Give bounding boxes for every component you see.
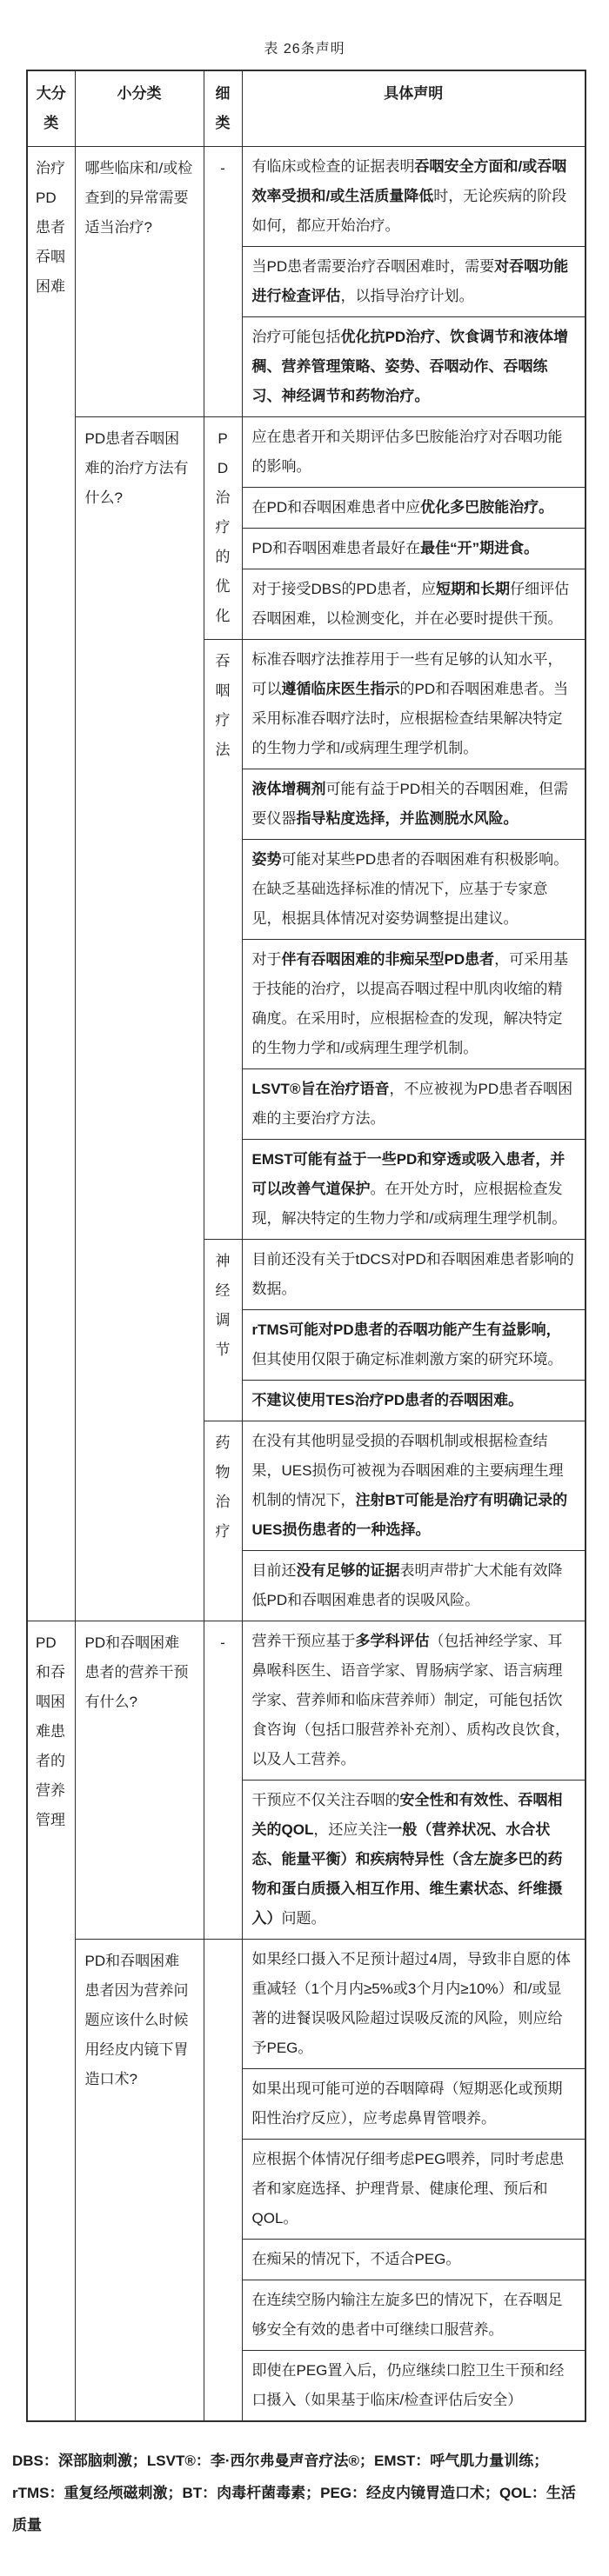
header-row: 大分类 小分类 细类 具体声明 bbox=[27, 70, 586, 147]
statement-segment: 但其使用仅限于确定标准刺激方案的研究环境。 bbox=[252, 1351, 563, 1368]
statement-cell: 当PD患者需要治疗吞咽困难时，需要对吞咽功能进行检查评估，以指导治疗计划。 bbox=[242, 247, 586, 317]
statement-segment: 营养干预应基于 bbox=[252, 1633, 356, 1649]
statement-segment: PD和吞咽困难患者最好在 bbox=[252, 540, 421, 556]
fine-category-cell: PD治疗的优化 bbox=[204, 417, 242, 640]
statement-cell: 对于伴有吞咽困难的非痴呆型PD患者，可采用基于技能的治疗，以提高吞咽过程中肌肉收… bbox=[242, 940, 586, 1069]
statement-segment: 在连续空肠内输注左旋多巴的情况下，在吞咽足够安全有效的患者中可继续口服营养。 bbox=[252, 2292, 563, 2338]
statements-tbody: 治疗PD患者吞咽困难哪些临床和/或检查到的异常需要适当治疗?-有临床或检查的证据… bbox=[27, 147, 586, 2422]
statement-segment: 即使在PEG置入后，仍应继续口腔卫生干预和经口摄入（如果基于临床/检查评估后安全… bbox=[252, 2362, 565, 2408]
sub-category-cell: PD患者吞咽困难的治疗方法有什么? bbox=[75, 417, 204, 1621]
statement-segment: 遵循临床医生指示 bbox=[282, 681, 400, 697]
fine-category-cell: 神经调节 bbox=[204, 1240, 242, 1421]
statement-cell: 如果经口摄入不足预计超过4周，导致非自愿的体重减轻（1个月内≥5%或3个月内≥1… bbox=[242, 1940, 586, 2069]
statement-cell: 应在患者开和关期评估多巴胺能治疗对吞咽功能的影响。 bbox=[242, 417, 586, 488]
fine-category-cell: - bbox=[204, 1621, 242, 1940]
statement-cell: 营养干预应基于多学科评估（包括神经学家、耳鼻喉科医生、语音学家、胃肠病学家、语言… bbox=[242, 1621, 586, 1781]
fine-category-cell: 药物治疗 bbox=[204, 1421, 242, 1621]
statement-segment: 对于接受DBS的PD患者，应 bbox=[252, 581, 437, 597]
statement-segment: 可能对某些PD患者的吞咽困难有积极影响。在缺乏基础选择标准的情况下，应基于专家意… bbox=[252, 851, 569, 927]
statement-segment: 液体增稠剂 bbox=[252, 781, 326, 797]
statement-segment: 对于 bbox=[252, 951, 282, 968]
table-row: PD和吞咽困难患者的营养管理PD和吞咽困难患者的营养干预有什么?-营养干预应基于… bbox=[27, 1621, 586, 1781]
statement-segment: 治疗可能包括 bbox=[252, 329, 341, 345]
table-row: PD患者吞咽困难的治疗方法有什么?PD治疗的优化应在患者开和关期评估多巴胺能治疗… bbox=[27, 417, 586, 488]
statement-segment: 在痴呆的情况下，不适合PEG。 bbox=[252, 2251, 461, 2267]
statement-segment: LSVT®旨在治疗语音 bbox=[252, 1081, 390, 1097]
statement-segment: 最佳“开”期进食。 bbox=[420, 540, 539, 556]
statement-segment: 指导粘度选择，并监测脱水风险。 bbox=[297, 810, 519, 827]
major-category-cell: 治疗PD患者吞咽困难 bbox=[27, 147, 75, 1621]
statement-segment: 多学科评估 bbox=[356, 1633, 430, 1649]
statement-segment: 当PD患者需要治疗吞咽困难时，需要 bbox=[252, 258, 495, 275]
statement-segment: 在PD和吞咽困难患者中应 bbox=[252, 499, 421, 516]
statement-cell: EMST可能有益于一些PD和穿透或吸入患者，并可以改善气道保护。在开处方时，应根… bbox=[242, 1140, 586, 1240]
statements-table: 大分类 小分类 细类 具体声明 治疗PD患者吞咽困难哪些临床和/或检查到的异常需… bbox=[26, 70, 586, 2422]
column-header-sub-category: 小分类 bbox=[75, 70, 204, 147]
statement-segment: 没有足够的证据 bbox=[297, 1562, 400, 1579]
statement-cell: rTMS可能对PD患者的吞咽功能产生有益影响，但其使用仅限于确定标准刺激方案的研… bbox=[242, 1310, 586, 1381]
statement-segment: 目前还 bbox=[252, 1562, 297, 1579]
statement-cell: LSVT®旨在治疗语音，不应被视为PD患者吞咽困难的主要治疗方法。 bbox=[242, 1069, 586, 1140]
statement-cell: 治疗可能包括优化抗PD治疗、饮食调节和液体增稠、营养管理策略、姿势、吞咽动作、吞… bbox=[242, 317, 586, 417]
statement-segment: 问题。 bbox=[282, 1910, 326, 1927]
statement-cell: 目前还没有足够的证据表明声带扩大术能有效降低PD和吞咽困难患者的误吸风险。 bbox=[242, 1551, 586, 1621]
statement-segment: 短期和长期 bbox=[436, 581, 510, 597]
statement-segment: 应根据个体情况仔细考虑PEG喂养，同时考虑患者和家庭选择、护理背景、健康伦理、预… bbox=[252, 2151, 565, 2227]
fine-category-cell bbox=[204, 1940, 242, 2422]
statement-cell: 液体增稠剂可能有益于PD相关的吞咽困难，但需要仪器指导粘度选择，并监测脱水风险。 bbox=[242, 769, 586, 840]
statement-cell: 如果出现可能可逆的吞咽障碍（短期恶化或预期阳性治疗反应），应考虑鼻胃管喂养。 bbox=[242, 2069, 586, 2140]
statement-cell: 在PD和吞咽困难患者中应优化多巴胺能治疗。 bbox=[242, 488, 586, 529]
statement-segment: 如果出现可能可逆的吞咽障碍（短期恶化或预期阳性治疗反应），应考虑鼻胃管喂养。 bbox=[252, 2080, 563, 2127]
statement-cell: 应根据个体情况仔细考虑PEG喂养，同时考虑患者和家庭选择、护理背景、健康伦理、预… bbox=[242, 2140, 586, 2240]
fine-category-cell: 吞咽疗法 bbox=[204, 640, 242, 1240]
statement-cell: 对于接受DBS的PD患者，应短期和长期仔细评估吞咽困难，以检测变化，并在必要时提… bbox=[242, 569, 586, 640]
statement-segment: 如果经口摄入不足预计超过4周，导致非自愿的体重减轻（1个月内≥5%或3个月内≥1… bbox=[252, 1951, 571, 2056]
statement-segment: 不建议使用TES治疗PD患者的吞咽困难。 bbox=[252, 1392, 524, 1408]
statement-segment: 伴有吞咽困难的非痴呆型PD患者 bbox=[282, 951, 495, 968]
table-row: PD和吞咽困难患者因为营养问题应该什么时候用经皮内镜下胃造口术?如果经口摄入不足… bbox=[27, 1940, 586, 2069]
statement-cell: 干预应不仅关注吞咽的安全性和有效性、吞咽相关的QOL，还应关注一般（营养状况、水… bbox=[242, 1781, 586, 1940]
statement-cell: 在没有其他明显受损的吞咽机制或根据检查结果，UES损伤可被视为吞咽困难的主要病理… bbox=[242, 1421, 586, 1551]
statement-cell: 姿势可能对某些PD患者的吞咽困难有积极影响。在缺乏基础选择标准的情况下，应基于专… bbox=[242, 840, 586, 940]
statement-segment: 目前还没有关于tDCS对PD和吞咽困难患者影响的数据。 bbox=[252, 1251, 574, 1297]
statement-cell: 标准吞咽疗法推荐用于一些有足够的认知水平，可以遵循临床医生指示的PD和吞咽困难患… bbox=[242, 640, 586, 769]
sub-category-cell: PD和吞咽困难患者因为营养问题应该什么时候用经皮内镜下胃造口术? bbox=[75, 1940, 204, 2422]
sub-category-cell: PD和吞咽困难患者的营养干预有什么? bbox=[75, 1621, 204, 1940]
statement-cell: 不建议使用TES治疗PD患者的吞咽困难。 bbox=[242, 1381, 586, 1421]
statement-segment: ，以指导治疗计划。 bbox=[341, 288, 474, 304]
footnote: DBS：深部脑刺激；LSVT®：李·西尔弗曼声音疗法®；EMST：呼气肌力量训练… bbox=[12, 2445, 588, 2541]
statement-segment: 应在患者开和关期评估多巴胺能治疗对吞咽功能的影响。 bbox=[252, 429, 563, 475]
statement-segment: 姿势 bbox=[252, 851, 282, 868]
statement-segment: 优化多巴胺能治疗。 bbox=[420, 499, 553, 516]
statement-cell: 即使在PEG置入后，仍应继续口腔卫生干预和经口摄入（如果基于临床/检查评估后安全… bbox=[242, 2351, 586, 2422]
statement-cell: 在痴呆的情况下，不适合PEG。 bbox=[242, 2240, 586, 2280]
statement-segment: （包括神经学家、耳鼻喉科医生、语音学家、胃肠病学家、语言病理学家、营养师和临床营… bbox=[252, 1633, 571, 1767]
statement-cell: PD和吞咽困难患者最好在最佳“开”期进食。 bbox=[242, 529, 586, 569]
statement-cell: 有临床或检查的证据表明吞咽安全方面和/或吞咽效率受损和/或生活质量降低时，无论疾… bbox=[242, 147, 586, 247]
fine-category-cell: - bbox=[204, 147, 242, 417]
sub-category-cell: 哪些临床和/或检查到的异常需要适当治疗? bbox=[75, 147, 204, 417]
statement-cell: 目前还没有关于tDCS对PD和吞咽困难患者影响的数据。 bbox=[242, 1240, 586, 1310]
page: 表 26条声明 大分类 小分类 细类 具体声明 治疗PD患者吞咽困难哪些临床和/… bbox=[0, 0, 609, 2576]
column-header-fine-category: 细类 bbox=[204, 70, 242, 147]
statement-segment: rTMS可能对PD患者的吞咽功能产生有益影响， bbox=[252, 1321, 561, 1338]
statement-cell: 在连续空肠内输注左旋多巴的情况下，在吞咽足够安全有效的患者中可继续口服营养。 bbox=[242, 2280, 586, 2351]
table-title: 表 26条声明 bbox=[0, 40, 609, 59]
statement-segment: 有临床或检查的证据表明 bbox=[252, 158, 415, 175]
major-category-cell: PD和吞咽困难患者的营养管理 bbox=[27, 1621, 75, 2422]
table-row: 治疗PD患者吞咽困难哪些临床和/或检查到的异常需要适当治疗?-有临床或检查的证据… bbox=[27, 147, 586, 247]
statement-segment: 干预应不仅关注吞咽的 bbox=[252, 1792, 400, 1808]
column-header-major-category: 大分类 bbox=[27, 70, 75, 147]
statement-segment: ，还应关注 bbox=[313, 1821, 387, 1838]
column-header-statement: 具体声明 bbox=[242, 70, 586, 147]
